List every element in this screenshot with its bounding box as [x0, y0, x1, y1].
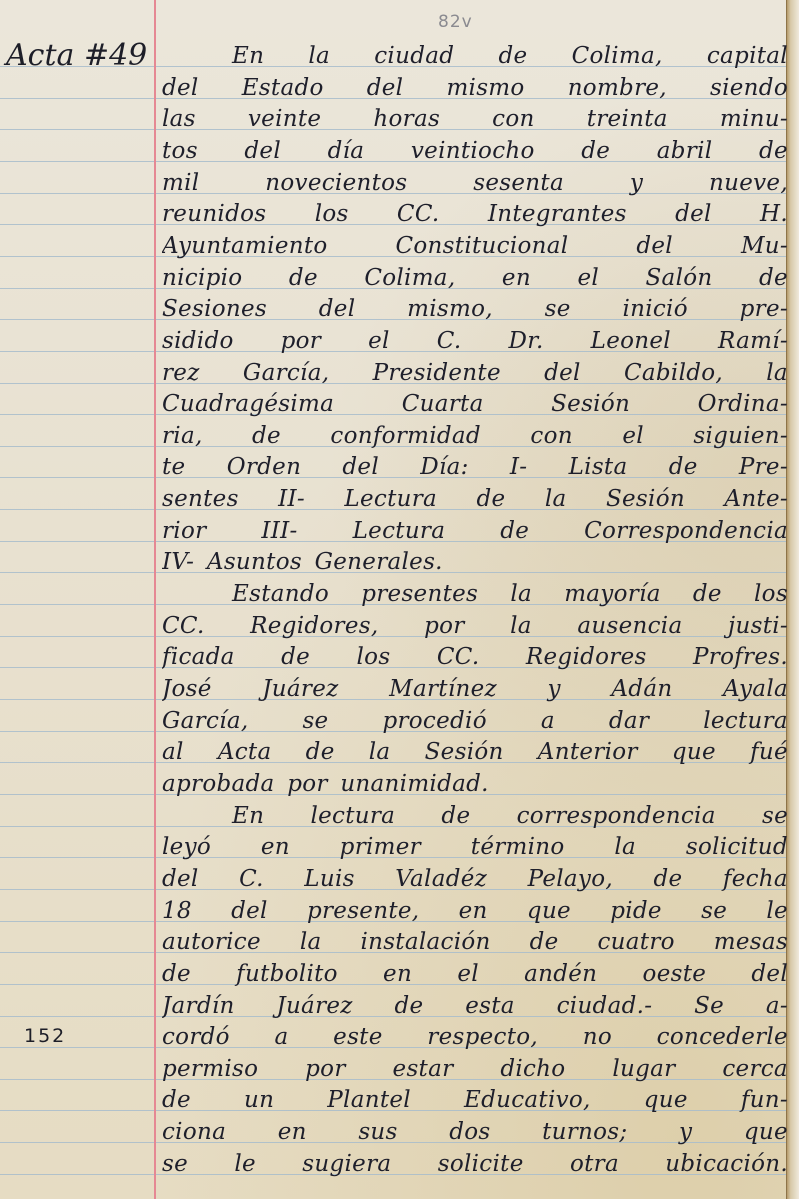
word: justi- [728, 610, 788, 642]
word: cuatro [597, 926, 674, 958]
word: del [231, 895, 268, 927]
word: leyó [162, 831, 211, 863]
word: García, [162, 705, 248, 737]
word: de [162, 1084, 191, 1116]
word: y [548, 673, 561, 705]
word: Cuadragésima [162, 388, 334, 420]
word: García, [243, 357, 329, 389]
word: presente, [307, 895, 419, 927]
word: siguien- [693, 420, 788, 452]
word: dar [609, 705, 649, 737]
word: del [342, 451, 379, 483]
word: permiso [162, 1053, 258, 1085]
word: le [234, 1148, 256, 1180]
word: la [510, 610, 532, 642]
word: Constitucional [396, 230, 569, 262]
word: Mu- [741, 230, 788, 262]
word: Regidores [526, 641, 647, 673]
word: del [675, 198, 712, 230]
word: novecientos [265, 167, 407, 199]
word: oeste [643, 958, 707, 990]
word: pre- [740, 293, 788, 325]
word: a [274, 1021, 288, 1053]
text-line: JoséJuárezMartínezyAdánAyala [162, 673, 788, 705]
word: Anterior [538, 736, 638, 768]
word: Ante- [724, 483, 788, 515]
word: nicipio [162, 262, 242, 294]
text-line: García,seprocedióadarlectura [162, 705, 788, 737]
word: CC. [397, 198, 440, 230]
word: no [583, 1021, 612, 1053]
word: mesas [714, 926, 788, 958]
word: el [622, 420, 644, 452]
word: el [577, 262, 599, 294]
word: que [672, 736, 716, 768]
word: Presidente [373, 357, 501, 389]
word: mayoría [564, 578, 661, 610]
word: la [308, 40, 330, 72]
word: sidido [162, 325, 234, 357]
word: el [368, 325, 390, 357]
word: minu- [720, 103, 788, 135]
word: del [319, 293, 356, 325]
word: unanimidad. [340, 768, 488, 800]
word: Correspondencia [584, 515, 788, 547]
text-line: leyóenprimertérminolasolicitud [162, 831, 788, 863]
word: sugiera [302, 1148, 391, 1180]
word: en [459, 895, 488, 927]
word: Cabildo, [624, 357, 723, 389]
word: CC. [162, 610, 205, 642]
word: nombre, [568, 72, 667, 104]
word: rez [162, 357, 200, 389]
text-line: milnovecientossesentaynueve, [162, 167, 788, 199]
word: capital [707, 40, 788, 72]
text-line: EnlaciudaddeColima,capital [162, 40, 788, 72]
word: Se [694, 990, 724, 1022]
word: la [614, 831, 636, 863]
word: se [302, 705, 328, 737]
word: pide [610, 895, 662, 927]
word: ria, [162, 420, 203, 452]
word: sus [358, 1116, 397, 1148]
word: del [244, 135, 281, 167]
word: Juárez [262, 673, 338, 705]
word: turnos; [542, 1116, 627, 1148]
word: se [545, 293, 571, 325]
text-line: nicipiodeColima,enelSalónde [162, 262, 788, 294]
word: Adán [611, 673, 672, 705]
word: Pre- [739, 451, 788, 483]
word: ubicación. [665, 1148, 788, 1180]
word: por [287, 768, 327, 800]
word: II- [278, 483, 305, 515]
word: la [300, 926, 322, 958]
word: Pelayo, [528, 863, 613, 895]
word: aprobada [162, 768, 275, 800]
word: Martínez [389, 673, 497, 705]
text-line: teOrdendelDía:I-ListadePre- [162, 451, 788, 483]
word: los [754, 578, 788, 610]
word: de [395, 990, 424, 1022]
word: término [471, 831, 565, 863]
word: En [232, 40, 264, 72]
word: tos [162, 135, 198, 167]
word: por [305, 1053, 345, 1085]
word: cordó [162, 1021, 230, 1053]
word: ciudad [374, 40, 454, 72]
word: Orden [227, 451, 302, 483]
word: estar [393, 1053, 454, 1085]
red-margin-line [154, 0, 156, 1199]
word: Profres. [693, 641, 788, 673]
word: ficada [162, 641, 235, 673]
word: se [701, 895, 727, 927]
word: este [333, 1021, 382, 1053]
word: del [636, 230, 673, 262]
word: primer [340, 831, 421, 863]
word: las [162, 103, 196, 135]
word: sesenta [473, 167, 564, 199]
word: Cuarta [402, 388, 484, 420]
word: Sesiones [162, 293, 267, 325]
word: treinta [587, 103, 668, 135]
word: fun- [741, 1084, 788, 1116]
text-line: cionaensusdosturnos;yque [162, 1116, 788, 1148]
word: Ordina- [698, 388, 788, 420]
word: Lectura [353, 515, 446, 547]
word: los [357, 641, 391, 673]
text-line: CC.Regidores,porlaausenciajusti- [162, 610, 788, 642]
word: de [669, 451, 698, 483]
word: CC. [437, 641, 480, 673]
word: abril [657, 135, 713, 167]
text-line: deunPlantelEducativo,quefun- [162, 1084, 788, 1116]
word: dicho [500, 1053, 565, 1085]
word: ciudad.- [557, 990, 653, 1022]
word: procedió [382, 705, 486, 737]
text-line: 18delpresente,enquepidesele [162, 895, 788, 927]
word: Integrantes [488, 198, 627, 230]
word: Jardín [162, 990, 235, 1022]
word: con [492, 103, 534, 135]
text-line: reunidoslosCC.IntegrantesdelH. [162, 198, 788, 230]
word: José [162, 673, 212, 705]
word: lectura [310, 800, 395, 832]
word: lugar [612, 1053, 675, 1085]
word: fué [750, 736, 788, 768]
word: Estando [232, 578, 329, 610]
word: de [530, 926, 559, 958]
word: rior [162, 515, 206, 547]
word: Salón [646, 262, 713, 294]
word: en [278, 1116, 307, 1148]
word: Dr. [508, 325, 543, 357]
word: veinte [248, 103, 321, 135]
text-line: ficadadelosCC.RegidoresProfres. [162, 641, 788, 673]
word: lectura [703, 705, 788, 737]
word: instalación [360, 926, 490, 958]
text-line: Sesionesdelmismo,seiniciópre- [162, 293, 788, 325]
text-line: aprobadaporunanimidad. [162, 768, 788, 800]
word: Regidores, [250, 610, 378, 642]
text-line: autoricelainstalacióndecuatromesas [162, 926, 788, 958]
word: IV- [162, 546, 194, 578]
word: de [759, 262, 788, 294]
word: inició [622, 293, 687, 325]
text-line: defutbolitoenelandénoestedel [162, 958, 788, 990]
word: Generales. [315, 546, 443, 578]
word: de [653, 863, 682, 895]
word: de [500, 515, 529, 547]
word: del [367, 72, 404, 104]
word: un [244, 1084, 274, 1116]
word: Ayala [723, 673, 788, 705]
text-line: Estandopresenteslamayoríadelos [162, 578, 788, 610]
word: te [162, 451, 185, 483]
word: le [766, 895, 788, 927]
word: futbolito [236, 958, 338, 990]
word: dos [449, 1116, 490, 1148]
word: de [306, 736, 335, 768]
word: de [252, 420, 281, 452]
word: C. [437, 325, 462, 357]
word: correspondencia [517, 800, 716, 832]
word: Sesión [425, 736, 504, 768]
margin-page-number: 152 [24, 1025, 66, 1047]
word: respecto, [427, 1021, 538, 1053]
word: en [502, 262, 531, 294]
acta-title: Acta #49 [6, 38, 147, 73]
word: mismo, [407, 293, 493, 325]
word: Sesión [606, 483, 685, 515]
word: Colima, [364, 262, 455, 294]
word: de [281, 641, 310, 673]
word: andén [524, 958, 597, 990]
word: que [744, 1116, 788, 1148]
word: 18 [162, 895, 192, 927]
word: que [527, 895, 571, 927]
word: se [762, 800, 788, 832]
word: Juárez [276, 990, 352, 1022]
text-line: CuadragésimaCuartaSesiónOrdina- [162, 388, 788, 420]
word: siendo [710, 72, 788, 104]
word: el [457, 958, 479, 990]
word: cerca [722, 1053, 788, 1085]
word: Estado [242, 72, 324, 104]
word: fecha [723, 863, 788, 895]
word: C. [239, 863, 264, 895]
word: del [162, 863, 199, 895]
word: al [162, 736, 184, 768]
word: esta [465, 990, 515, 1022]
text-line: ria,deconformidadconelsiguien- [162, 420, 788, 452]
word: Sesión [551, 388, 630, 420]
word: otra [570, 1148, 619, 1180]
word: mismo [446, 72, 524, 104]
word: solicite [438, 1148, 524, 1180]
text-line: sentesII-LecturadelaSesiónAnte- [162, 483, 788, 515]
word: conformidad [330, 420, 481, 452]
word: con [530, 420, 572, 452]
word: Colima, [572, 40, 663, 72]
word: del [162, 72, 199, 104]
word: I- [510, 451, 527, 483]
text-line: tosdeldíaveintiochodeabrilde [162, 135, 788, 167]
word: a- [766, 990, 788, 1022]
word: y [679, 1116, 692, 1148]
word: de [759, 135, 788, 167]
word: a [541, 705, 555, 737]
text-line: permisoporestardicholugarcerca [162, 1053, 788, 1085]
word: ciona [162, 1116, 226, 1148]
word: del [544, 357, 581, 389]
word: concederle [657, 1021, 788, 1053]
word: sentes [162, 483, 239, 515]
word: H. [760, 198, 788, 230]
word: solicitud [686, 831, 788, 863]
word: de [162, 958, 191, 990]
word: Lectura [344, 483, 437, 515]
word: presentes [361, 578, 478, 610]
word: y [630, 167, 643, 199]
word: de [441, 800, 470, 832]
text-line: Enlecturadecorrespondenciase [162, 800, 788, 832]
word: de [289, 262, 318, 294]
word: Valadéz [395, 863, 487, 895]
word: nueve, [709, 167, 788, 199]
word: III- [261, 515, 297, 547]
word: Ramí- [718, 325, 788, 357]
word: la [766, 357, 788, 389]
text-line: JardínJuárezdeestaciudad.-Sea- [162, 990, 788, 1022]
word: Plantel [327, 1084, 411, 1116]
word: Leonel [591, 325, 671, 357]
word: autorice [162, 926, 261, 958]
text-line: selesugierasoliciteotraubicación. [162, 1148, 788, 1180]
text-line: cordóaesterespecto,noconcederle [162, 1021, 788, 1053]
word: Ayuntamiento [162, 230, 328, 262]
word: la [369, 736, 391, 768]
word: Día: [420, 451, 468, 483]
word: En [232, 800, 264, 832]
word: horas [373, 103, 440, 135]
text-line: lasveintehorascontreintaminu- [162, 103, 788, 135]
word: del [751, 958, 788, 990]
text-line: delC.LuisValadézPelayo,defecha [162, 863, 788, 895]
word: en [261, 831, 290, 863]
word: Lista [569, 451, 628, 483]
word: Educativo, [464, 1084, 591, 1116]
word: por [281, 325, 321, 357]
word: mil [162, 167, 199, 199]
word: por [424, 610, 464, 642]
word: de [693, 578, 722, 610]
text-line: alActadelaSesiónAnteriorquefué [162, 736, 788, 768]
word: en [383, 958, 412, 990]
word: Luis [304, 863, 354, 895]
text-line: sididoporelC.Dr.LeonelRamí- [162, 325, 788, 357]
word: día [328, 135, 365, 167]
text-line: AyuntamientoConstitucionaldelMu- [162, 230, 788, 262]
word: Asuntos [207, 546, 302, 578]
ledger-page: 82v Acta #49 152 EnlaciudaddeColima,capi… [0, 0, 799, 1199]
word: ausencia [577, 610, 682, 642]
word: veintiocho [411, 135, 535, 167]
word: de [581, 135, 610, 167]
text-line: rezGarcía,PresidentedelCabildo,la [162, 357, 788, 389]
word: se [162, 1148, 188, 1180]
text-line: delEstadodelmismonombre,siendo [162, 72, 788, 104]
word: Acta [218, 736, 272, 768]
word: de [498, 40, 527, 72]
word: de [476, 483, 505, 515]
folio-number: 82v [438, 12, 473, 32]
text-line: riorIII-LecturadeCorrespondencia [162, 515, 788, 547]
word: que [644, 1084, 688, 1116]
word: la [510, 578, 532, 610]
text-line: IV-AsuntosGenerales. [162, 546, 788, 578]
word: reunidos [162, 198, 266, 230]
word: los [315, 198, 349, 230]
word: la [545, 483, 567, 515]
